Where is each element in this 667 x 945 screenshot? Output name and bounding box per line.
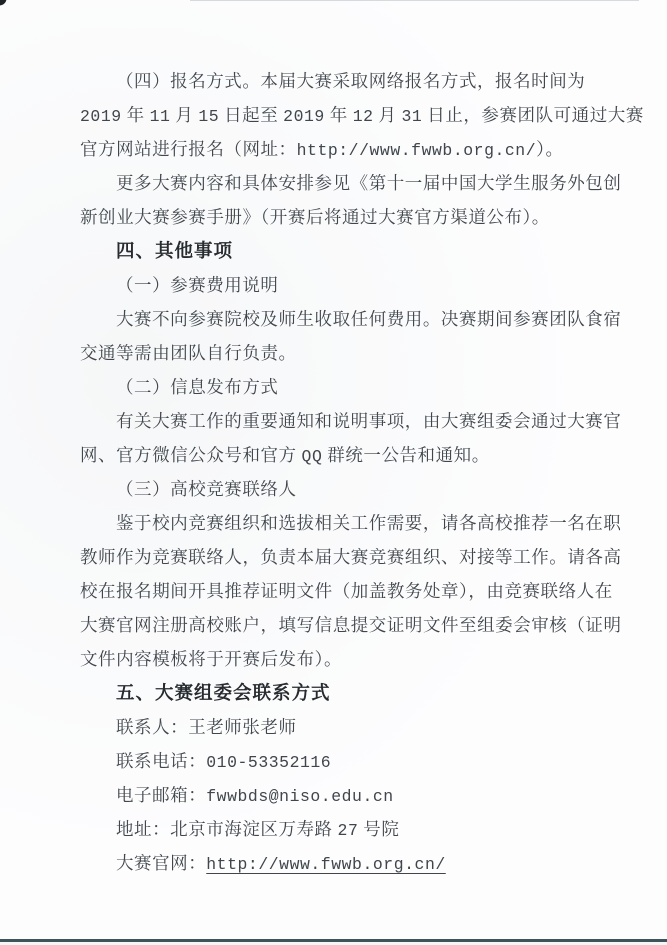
document-line: 有关大赛工作的重要通知和说明事项，由大赛组委会通过大赛官 [80, 404, 631, 438]
contact-phone-line: 联系电话：010-53352116 [80, 744, 631, 778]
official-website-link[interactable]: http://www.fwwb.org.cn/ [206, 855, 446, 874]
scan-corner-artifact [0, 0, 7, 6]
document-line: 文件内容模板将于开赛后发布）。 [80, 642, 631, 676]
document-line: （四）报名方式。本届大赛采取网络报名方式，报名时间为 [80, 64, 631, 98]
document-line: 更多大赛内容和具体安排参见《第十一届中国大学生服务外包创 [80, 166, 631, 200]
contact-person-line: 联系人：王老师张老师 [80, 710, 631, 744]
subsection-heading-liaison: （三）高校竞赛联络人 [80, 472, 631, 506]
document-line: 官方网站进行报名（网址：http://www.fwwb.org.cn/）。 [80, 132, 631, 166]
document-line: 鉴于校内竞赛组织和选拔相关工作需要，请各高校推荐一名在职 [80, 506, 631, 540]
document-line: 新创业大赛参赛手册》（开赛后将通过大赛官方渠道公布）。 [80, 200, 631, 234]
document-line: 2019 年 11 月 15 日起至 2019 年 12 月 31 日止，参赛团… [80, 98, 631, 132]
document-line: 大赛官网注册高校账户，填写信息提交证明文件至组委会审核（证明 [80, 608, 631, 642]
contact-email-line: 电子邮箱：fwwbds@niso.edu.cn [80, 778, 631, 812]
subsection-heading-info-release: （二）信息发布方式 [80, 370, 631, 404]
scan-top-edge-artifact [190, 0, 639, 1]
official-website-line: 大赛官网：http://www.fwwb.org.cn/ [80, 846, 631, 880]
document-line: 大赛不向参赛院校及师生收取任何费用。决赛期间参赛团队食宿 [80, 302, 631, 336]
subsection-heading-fees: （一）参赛费用说明 [80, 268, 631, 302]
document-line: 网、官方微信公众号和官方 QQ 群统一公告和通知。 [80, 438, 631, 472]
section-heading-contact-info: 五、大赛组委会联系方式 [80, 676, 631, 710]
scanned-document-page: （四）报名方式。本届大赛采取网络报名方式，报名时间为 2019 年 11 月 1… [0, 0, 667, 945]
document-line: 交通等需由团队自行负责。 [80, 336, 631, 370]
contact-address-line: 地址：北京市海淀区万寿路 27 号院 [80, 812, 631, 846]
document-body: （四）报名方式。本届大赛采取网络报名方式，报名时间为 2019 年 11 月 1… [80, 64, 631, 880]
official-website-label: 大赛官网： [116, 853, 206, 873]
section-heading-other-matters: 四、其他事项 [80, 234, 631, 268]
document-line: 校在报名期间开具推荐证明文件（加盖教务处章），由竞赛联络人在 [80, 574, 631, 608]
document-line: 教师作为竞赛联络人，负责本届大赛竞赛组织、对接等工作。请各高 [80, 540, 631, 574]
